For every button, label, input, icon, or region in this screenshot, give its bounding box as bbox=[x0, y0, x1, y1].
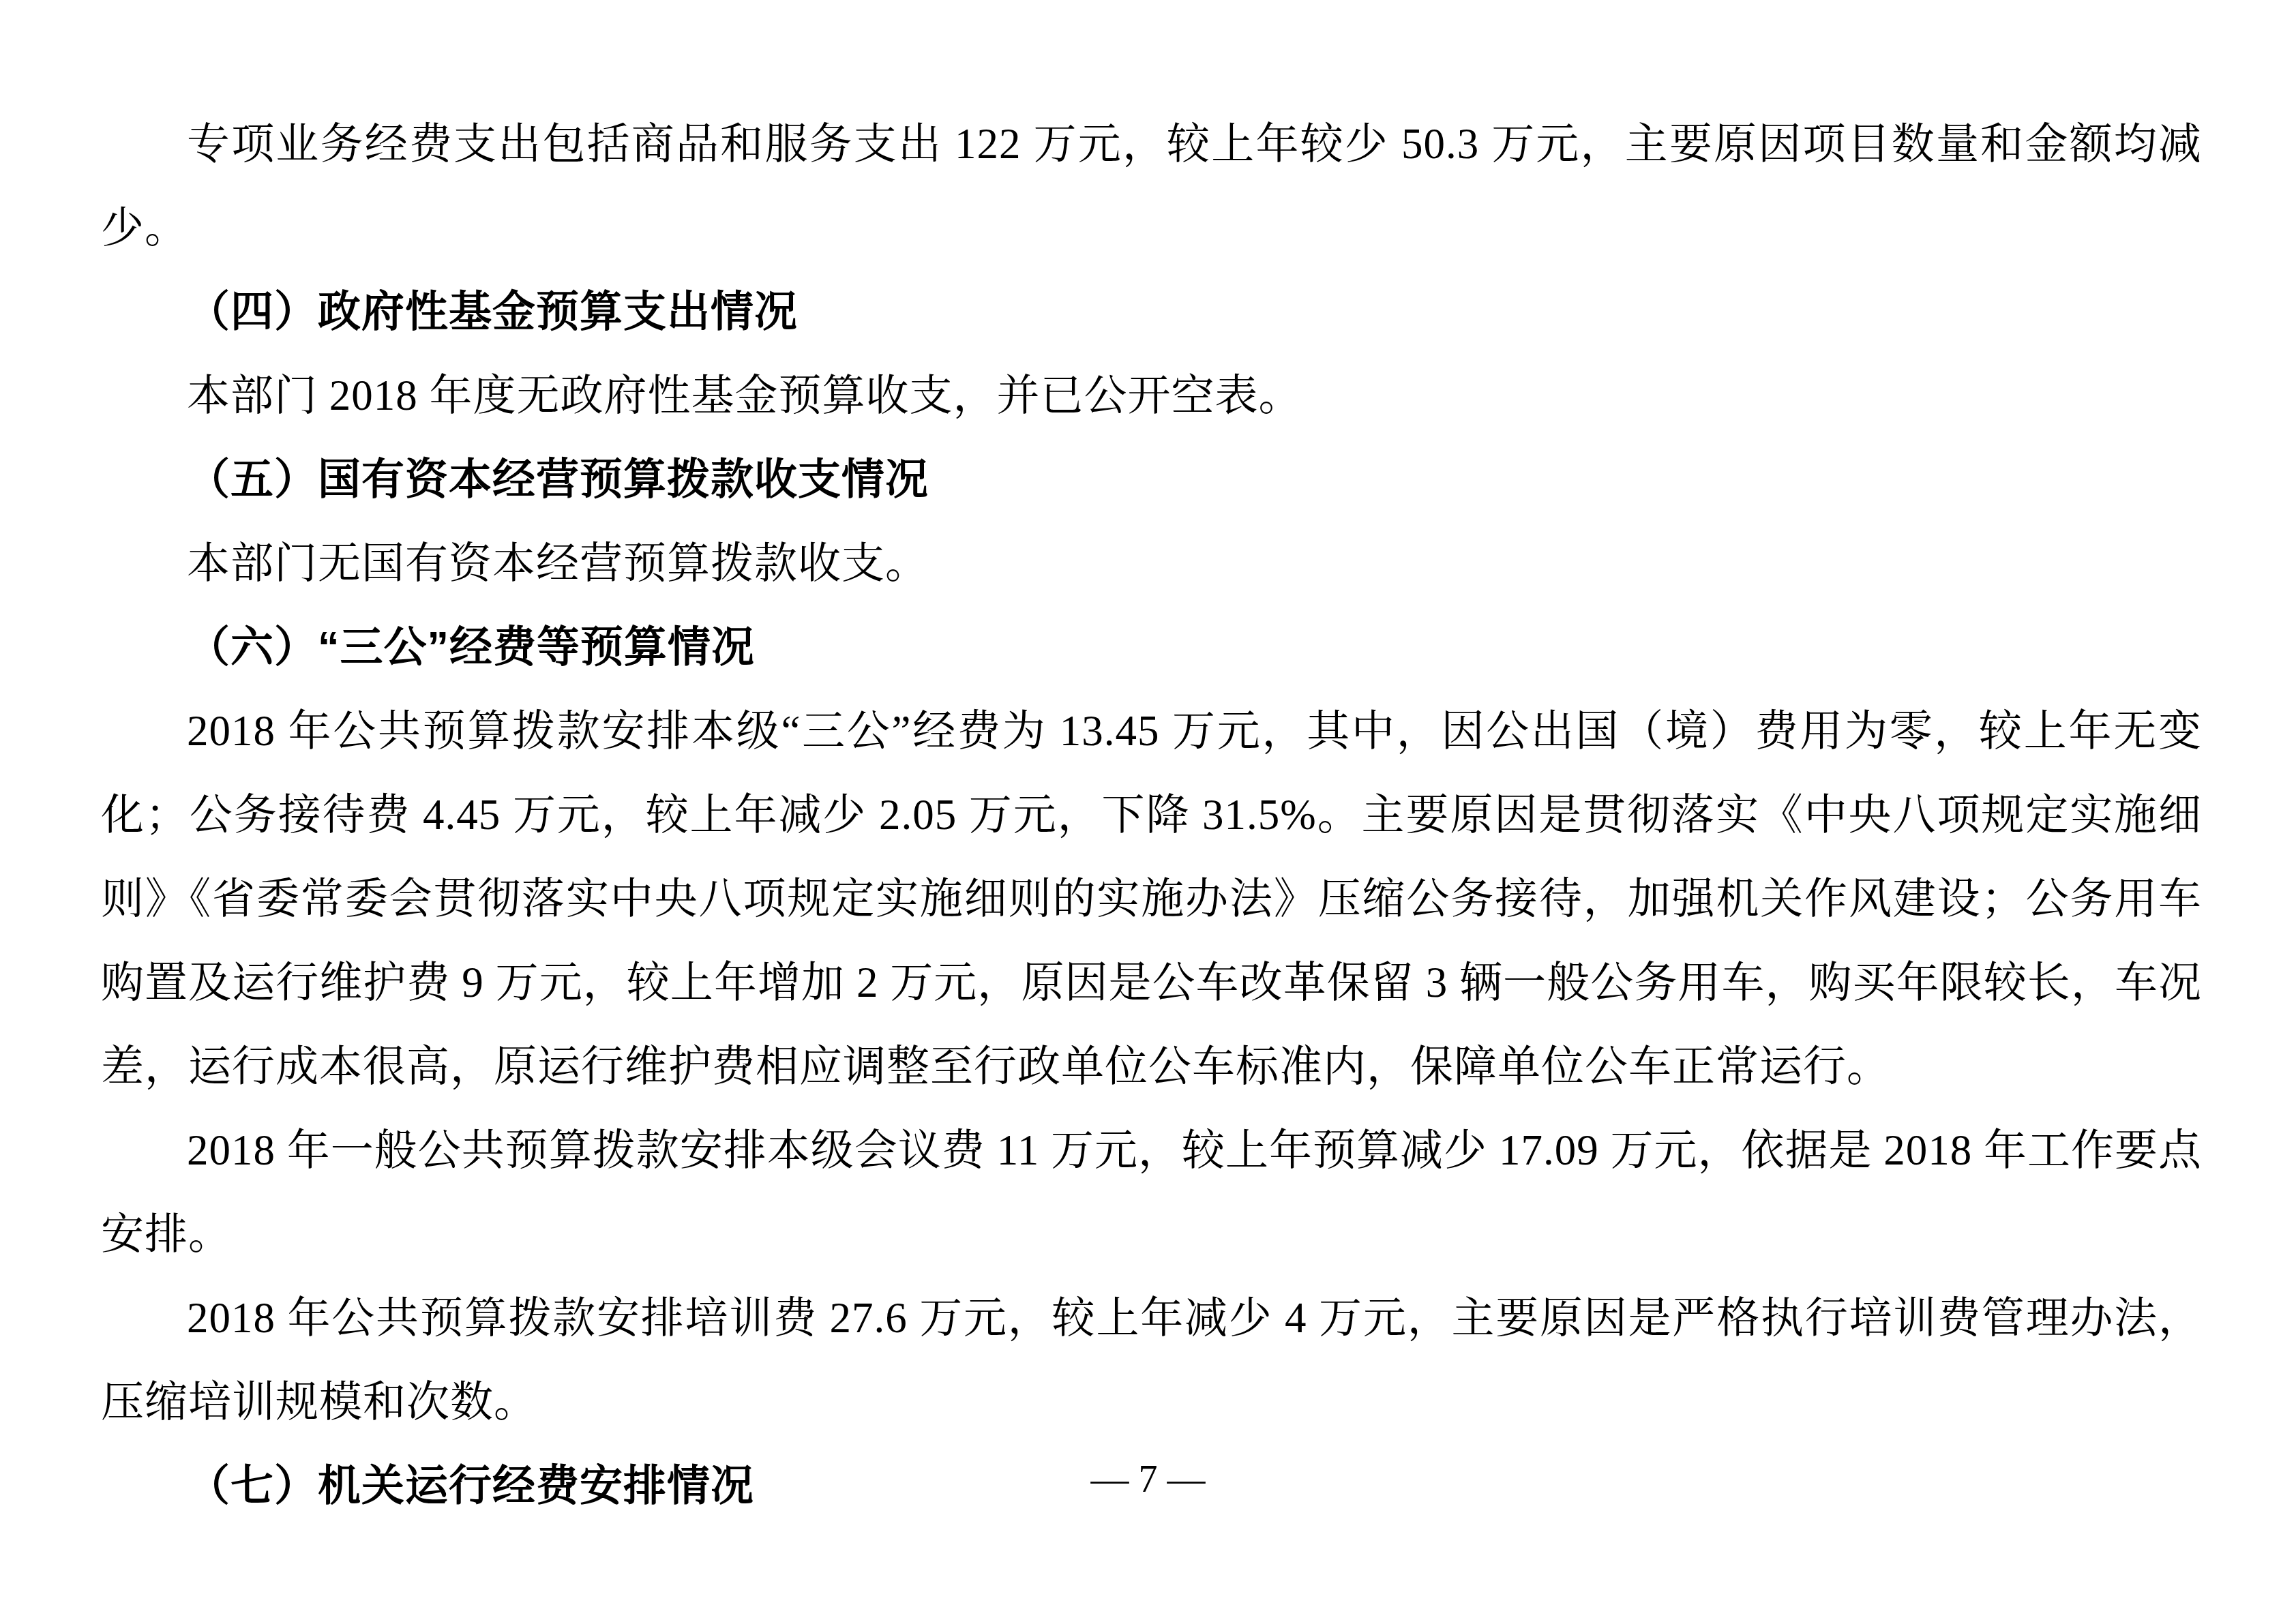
body-paragraph-special-business-expense: 专项业务经费支出包括商品和服务支出 122 万元，较上年较少 50.3 万元，主… bbox=[101, 102, 2202, 270]
page-number: — 7 — bbox=[0, 1449, 2296, 1510]
body-paragraph-training-fee: 2018 年公共预算拨款安排培训费 27.6 万元，较上年减少 4 万元，主要原… bbox=[101, 1276, 2202, 1444]
section-heading-5-state-capital-budget: （五）国有资本经营预算拨款收支情况 bbox=[101, 438, 2202, 522]
document-page: 专项业务经费支出包括商品和服务支出 122 万元，较上年较少 50.3 万元，主… bbox=[101, 102, 2202, 1622]
section-heading-6-three-public-expense: （六）“三公”经费等预算情况 bbox=[101, 605, 2202, 689]
body-paragraph-no-gov-fund: 本部门 2018 年度无政府性基金预算收支，并已公开空表。 bbox=[101, 354, 2202, 438]
body-paragraph-no-state-capital: 本部门无国有资本经营预算拨款收支。 bbox=[101, 522, 2202, 605]
body-paragraph-meeting-fee: 2018 年一般公共预算拨款安排本级会议费 11 万元，较上年预算减少 17.0… bbox=[101, 1109, 2202, 1276]
section-heading-4-gov-fund-budget: （四）政府性基金预算支出情况 bbox=[101, 270, 2202, 354]
body-paragraph-three-public-detail: 2018 年公共预算拨款安排本级“三公”经费为 13.45 万元，其中，因公出国… bbox=[101, 689, 2202, 1109]
